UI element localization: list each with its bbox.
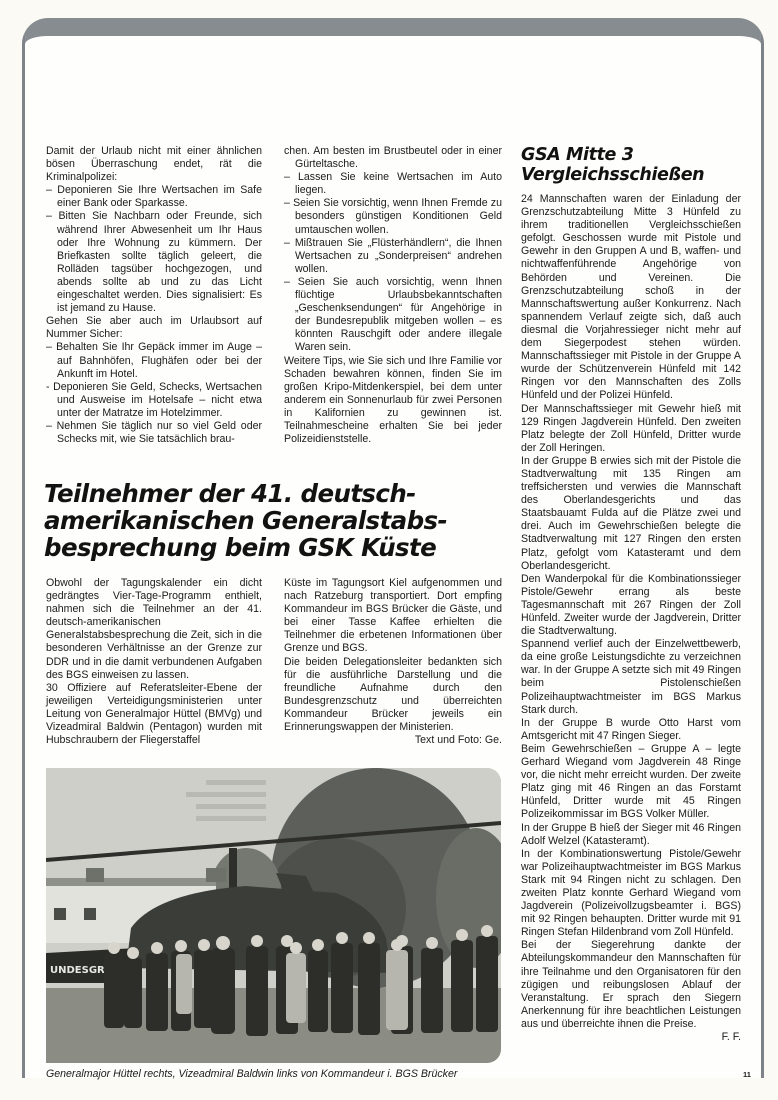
article-title: GSA Mitte 3 Vergleichsschießen	[521, 145, 741, 185]
paragraph: Bei der Siegerehrung dankte der Abteilun…	[521, 939, 741, 1031]
helicopter-group-photo-image: UNDESGREN	[46, 768, 501, 1063]
paragraph: Die beiden Delegationsleiter bedankten s…	[284, 656, 502, 735]
bullet-item: – Bitten Sie Nachbarn oder Freunde, sich…	[46, 210, 262, 315]
paragraph: In der Gruppe B wurde Otto Harst vom Amt…	[521, 717, 741, 743]
title-line: GSA Mitte 3	[521, 145, 741, 165]
bullet-item: – Lassen Sie keine Wertsachen im Auto li…	[284, 171, 502, 197]
group-photo: UNDESGREN	[46, 768, 501, 1063]
bullet-item: – Seien Sie auch vorsichtig, wenn Ihnen …	[284, 276, 502, 355]
paragraph: In der Gruppe B erwies sich mit der Pist…	[521, 455, 741, 573]
paragraph: Weitere Tips, wie Sie sich und Ihre Fami…	[284, 355, 502, 447]
bullet-item: – Behalten Sie Ihr Gepäck immer im Auge …	[46, 341, 262, 380]
paragraph: Spannend verlief auch der Einzelwettbewe…	[521, 638, 741, 717]
paragraph: Beim Gewehrschießen – Gruppe A – legte G…	[521, 743, 741, 822]
paragraph: Küste im Tagungsort Kiel aufgenommen und…	[284, 577, 502, 656]
paragraph: In der Gruppe B hieß der Sieger mit 46 R…	[521, 822, 741, 848]
paragraph: Gehen Sie aber auch im Urlaubsort auf Nu…	[46, 315, 262, 341]
paragraph: Den Wanderpokal für die Kombinationssieg…	[521, 573, 741, 638]
headline-line: amerikanischen Generalstabs-	[44, 507, 514, 534]
paragraph: Damit der Urlaub nicht mit einer ähnlich…	[46, 145, 262, 184]
bullet-item: – Mißtrauen Sie „Flüsterhändlern“, die I…	[284, 237, 502, 276]
page-number: 11	[743, 1070, 751, 1079]
article-urlaub-column-1: Damit der Urlaub nicht mit einer ähnlich…	[46, 145, 262, 446]
paragraph: Der Mannschaftssieger mit Gewehr hieß mi…	[521, 403, 741, 455]
bullet-item: – Nehmen Sie täglich nur so viel Geld od…	[46, 420, 262, 446]
photo-caption: Generalmajor Hüttel rechts, Vizeadmiral …	[46, 1068, 516, 1080]
headline-line: Teilnehmer der 41. deutsch-	[44, 480, 514, 507]
paragraph: 24 Mannschaften waren der Einladung der …	[521, 193, 741, 403]
paragraph: In der Kombinationswertung Pistole/Geweh…	[521, 848, 741, 940]
article-gsk-column-1: Obwohl der Tagungskalender ein dicht ged…	[46, 577, 262, 747]
article-headline: Teilnehmer der 41. deutsch- amerikanisch…	[44, 480, 514, 561]
bullet-item: – Seien Sie vorsichtig, wenn Ihnen Fremd…	[284, 197, 502, 236]
bullet-item: chen. Am besten im Brustbeutel oder in e…	[284, 145, 502, 171]
headline-line: besprechung beim GSK Küste	[44, 534, 514, 561]
photo-credit: Text und Foto: Ge.	[284, 734, 502, 747]
author-signature: F. F.	[521, 1031, 741, 1044]
paragraph: 30 Offiziere auf Referatsleiter-Ebene de…	[46, 682, 262, 747]
bullet-item: – Deponieren Sie Ihre Wertsachen im Safe…	[46, 184, 262, 210]
title-line: Vergleichsschießen	[521, 165, 741, 185]
bullet-item: - Deponieren Sie Geld, Schecks, Wertsach…	[46, 381, 262, 420]
article-urlaub-column-2: chen. Am besten im Brustbeutel oder in e…	[284, 145, 502, 446]
article-gsa-column: GSA Mitte 3 Vergleichsschießen 24 Mannsc…	[521, 145, 741, 1044]
paragraph: Obwohl der Tagungskalender ein dicht ged…	[46, 577, 262, 682]
article-gsk-column-2: Küste im Tagungsort Kiel aufgenommen und…	[284, 577, 502, 747]
